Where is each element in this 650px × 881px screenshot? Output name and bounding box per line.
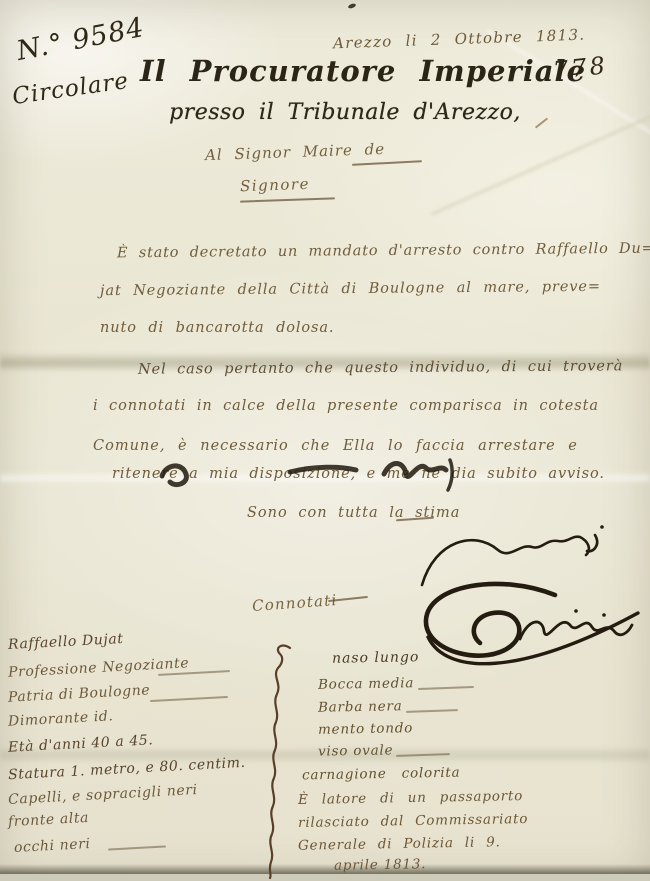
flourish-line (352, 160, 422, 166)
passport-note-line: Generale di Polizia li 9. (298, 834, 501, 854)
signature-flourish (380, 515, 650, 680)
connotati-left-item: Statura 1. metro, e 80. centim. (8, 755, 246, 783)
diagonal-crease (487, 29, 650, 153)
flourish-line (418, 686, 474, 690)
body-line: nuto di bancarotta dolosa. (100, 320, 334, 336)
connotati-left-item: Patria di Boulogne (8, 682, 151, 705)
connotati-left-item: Dimorante id. (8, 708, 114, 730)
dateline: Arezzo li 2 Ottobre 1813. (333, 26, 586, 53)
connotati-left-item: occhi neri (14, 836, 91, 856)
ink-blot (348, 3, 357, 9)
connotati-right-item: viso ovale (318, 742, 394, 759)
passport-note-line: aprile 1813. (334, 856, 427, 874)
flourish-line (406, 709, 458, 713)
connotati-left-item: fronte alta (8, 810, 90, 830)
paper-bottom-margin (0, 874, 650, 881)
recipient-line: Signore (240, 175, 311, 195)
letterhead-subtitle: presso il Tribunale d'Arezzo, (150, 100, 540, 125)
passport-note-line: rilasciato dal Commissariato (298, 811, 528, 831)
connotati-right-item: naso lungo (332, 649, 420, 667)
recipient-line: Al Signor Maire de (205, 140, 386, 164)
letterhead-title: Il Procuratore Imperiale (140, 54, 550, 88)
bold-overstrike (90, 450, 650, 500)
document-page: N.° 9584 Circolare Arezzo li 2 Ottobre 1… (0, 0, 650, 881)
body-line: Nel caso pertanto che questo individuo, … (138, 358, 623, 377)
brace-line (256, 640, 300, 880)
circular-label: Circolare (11, 68, 131, 110)
connotati-right-item: Bocca media (318, 675, 414, 693)
body-line: jat Negoziante della Città di Boulogne a… (100, 279, 601, 299)
connotati-left-item: Capelli, e sopracigli neri (8, 782, 198, 808)
reference-number: N.° 9584 (14, 12, 147, 67)
flourish-line (396, 753, 450, 757)
flourish-line (240, 197, 335, 202)
connotati-left-item: Professione Negoziante (8, 655, 190, 680)
connotati-right-item: carnagione colorita (302, 765, 461, 784)
flourish-line (108, 845, 166, 850)
connotati-left-item: Età d'anni 40 a 45. (8, 732, 154, 756)
body-line: È stato decretato un mandato d'arresto c… (117, 241, 650, 262)
passport-note-line: È latore di un passaporto (298, 788, 523, 808)
connotati-right-item: mento tondo (318, 720, 413, 738)
connotati-left-item: Raffaello Dujat (8, 631, 124, 653)
flourish-line (150, 696, 228, 702)
connotati-right-item: Barba nera (318, 698, 403, 715)
connotati-heading: Connotati (251, 591, 338, 615)
body-line: i connotati in calce della presente comp… (93, 398, 599, 414)
